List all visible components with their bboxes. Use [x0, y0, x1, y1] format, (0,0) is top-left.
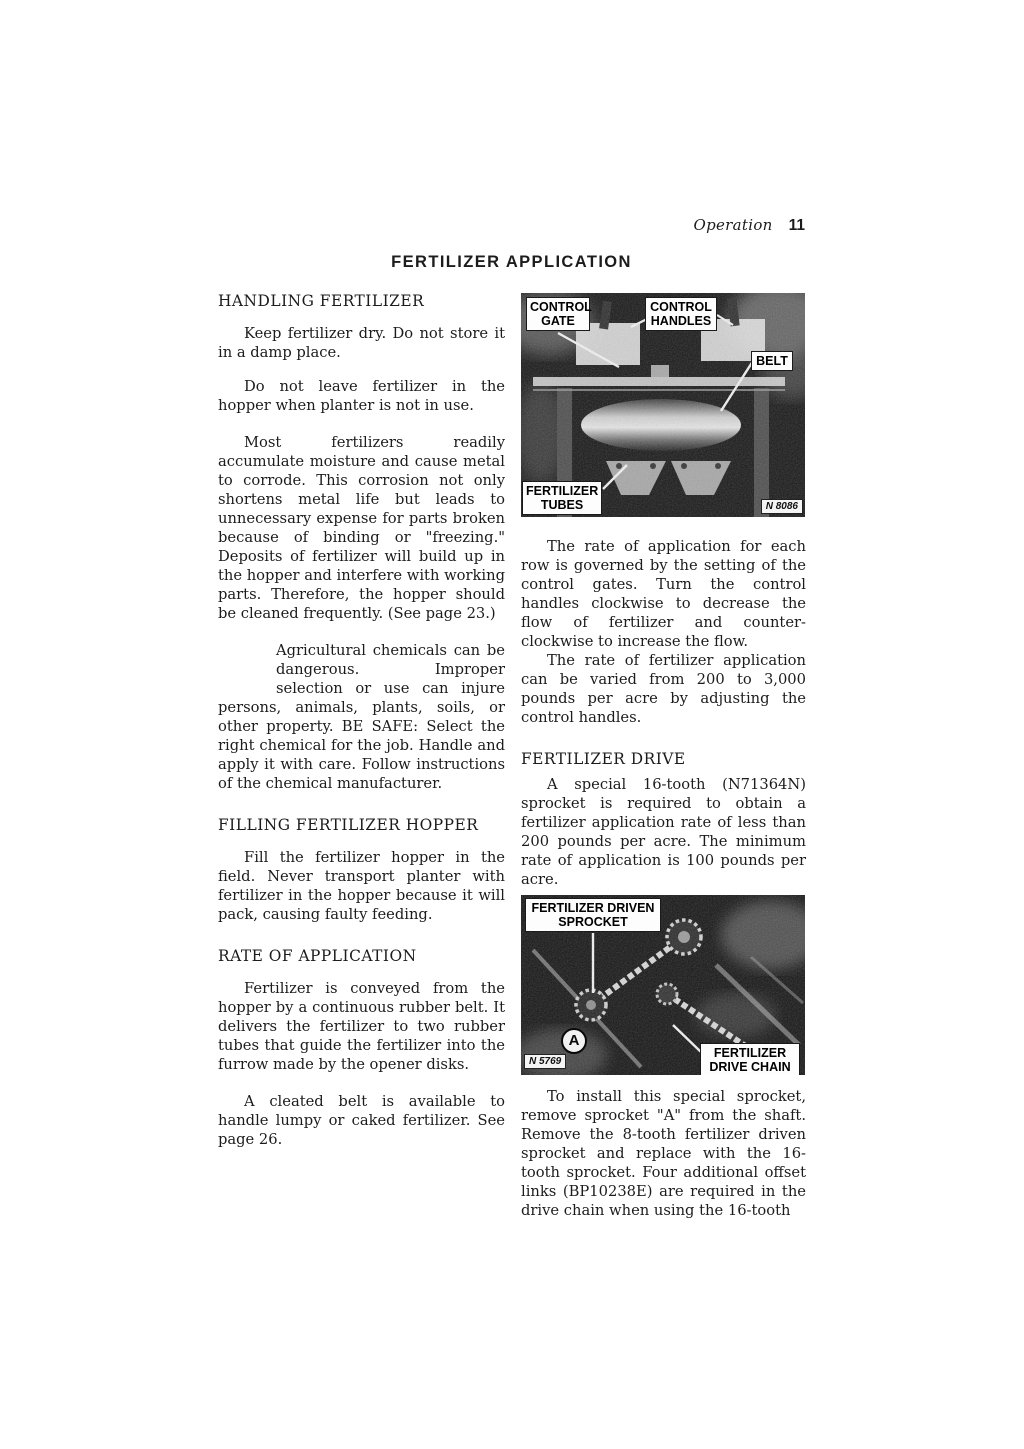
paragraph-cleated-belt: A cleated belt is available to handle lu… — [218, 1092, 505, 1149]
figure-label-drive-chain: FERTILIZER DRIVE CHAIN — [700, 1043, 800, 1075]
figure-label-driven-sprocket: FERTILIZER DRIVEN SPROCKET — [525, 898, 661, 932]
section-heading-rate-of-application: RATE OF APPLICATION — [218, 947, 505, 966]
header-section-title: Operation — [694, 216, 773, 234]
figure-label-control-gate: CONTROL GATE — [526, 297, 590, 331]
figure-fertilizer-drive-photo: FERTILIZER DRIVEN SPROCKET FERTILIZER DR… — [521, 895, 805, 1075]
figure-label-control-handles: CONTROL HANDLES — [645, 297, 717, 331]
figure-label-fertilizer-tubes: FERTILIZER TUBES — [522, 481, 602, 515]
section-heading-handling-fertilizer: HANDLING FERTILIZER — [218, 292, 505, 311]
page-title: FERTILIZER APPLICATION — [218, 253, 805, 272]
paragraph-special-sprocket: A special 16-tooth (N71364N) sprocket is… — [521, 775, 806, 889]
manual-page: Operation11 FERTILIZER APPLICATION HANDL… — [0, 0, 1024, 1449]
paragraph-moisture-corrosion: Most fertilizers readily accumulate mois… — [218, 433, 505, 623]
page-number: 11 — [789, 217, 805, 234]
left-column: HANDLING FERTILIZER Keep fertilizer dry.… — [218, 292, 505, 1149]
right-column: CONTROL GATE CONTROL HANDLES BELT FERTIL… — [521, 293, 806, 1220]
paragraph-rate-varied: The rate of fertilizer application can b… — [521, 651, 806, 727]
section-heading-fertilizer-drive: FERTILIZER DRIVE — [521, 750, 806, 769]
paragraph-rate-per-row: The rate of application for each row is … — [521, 537, 806, 651]
page-header: Operation11 — [218, 216, 805, 235]
section-heading-filling-hopper: FILLING FERTILIZER HOPPER — [218, 816, 505, 835]
figure-label-belt: BELT — [751, 351, 793, 371]
paragraph-chemical-warning: Agricultural chemicals can be dangerous.… — [218, 641, 505, 793]
marker-a-badge: A — [561, 1028, 587, 1054]
figure-fertilizer-controls-photo: CONTROL GATE CONTROL HANDLES BELT FERTIL… — [521, 293, 805, 517]
paragraph-keep-dry: Keep fertilizer dry. Do not store it in … — [218, 324, 505, 362]
photo-id-n8086: N 8086 — [761, 499, 803, 514]
photo-id-n5769: N 5769 — [524, 1054, 566, 1069]
paragraph-conveyed-by-belt: Fertilizer is conveyed from the hopper b… — [218, 979, 505, 1074]
paragraph-fill-in-field: Fill the fertilizer hopper in the field.… — [218, 848, 505, 924]
paragraph-install-sprocket: To install this special sprocket, remove… — [521, 1087, 806, 1220]
warning-indent-spacer — [218, 641, 276, 698]
paragraph-do-not-leave: Do not leave fertilizer in the hopper wh… — [218, 377, 505, 415]
